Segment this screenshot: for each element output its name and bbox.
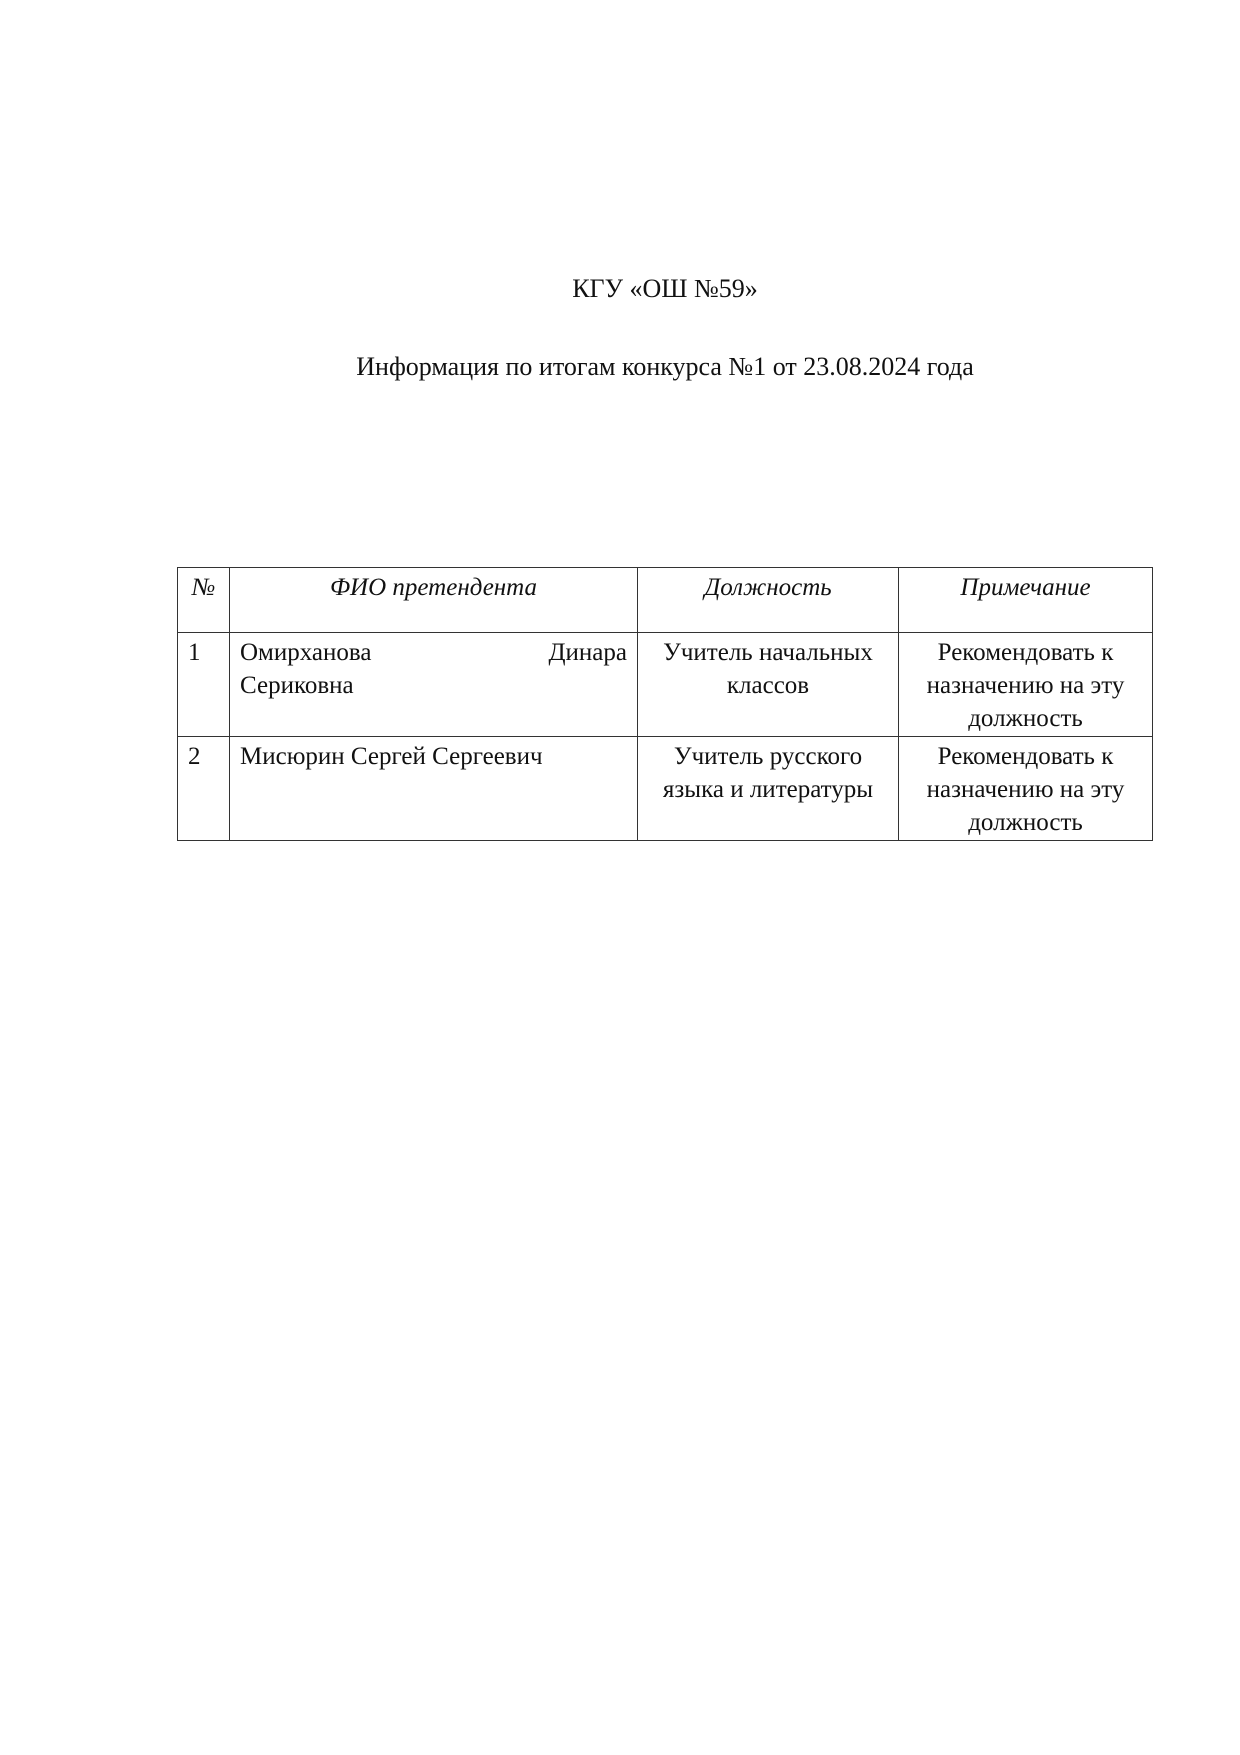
header-note: Примечание [899,568,1153,633]
candidate-name: Мисюрин Сергей Сергеевич [230,737,638,841]
row-number: 2 [178,737,230,841]
candidate-surname: Омирханова [240,636,371,669]
header-position: Должность [638,568,899,633]
document-subtitle: Информация по итогам конкурса №1 от 23.0… [0,352,1240,382]
organization-title: КГУ «ОШ №59» [0,274,1240,304]
table-row: 2 Мисюрин Сергей Сергеевич Учитель русск… [178,737,1153,841]
candidate-position: Учитель начальных классов [638,633,899,737]
candidate-first-name: Динара [548,636,627,669]
candidate-patronymic: Сериковна [240,669,627,702]
candidate-position: Учитель русского языка и литературы [638,737,899,841]
candidate-name: Омирханова Динара Сериковна [230,633,638,737]
table-header-row: № ФИО претендента Должность Примечание [178,568,1153,633]
candidate-note: Рекомендовать к назначению на эту должно… [899,737,1153,841]
header-number: № [178,568,230,633]
candidate-note: Рекомендовать к назначению на эту должно… [899,633,1153,737]
row-number: 1 [178,633,230,737]
header-candidate-name: ФИО претендента [230,568,638,633]
document-page: КГУ «ОШ №59» Информация по итогам конкур… [0,0,1240,1755]
results-table: № ФИО претендента Должность Примечание 1… [177,567,1153,841]
table-row: 1 Омирханова Динара Сериковна Учитель на… [178,633,1153,737]
